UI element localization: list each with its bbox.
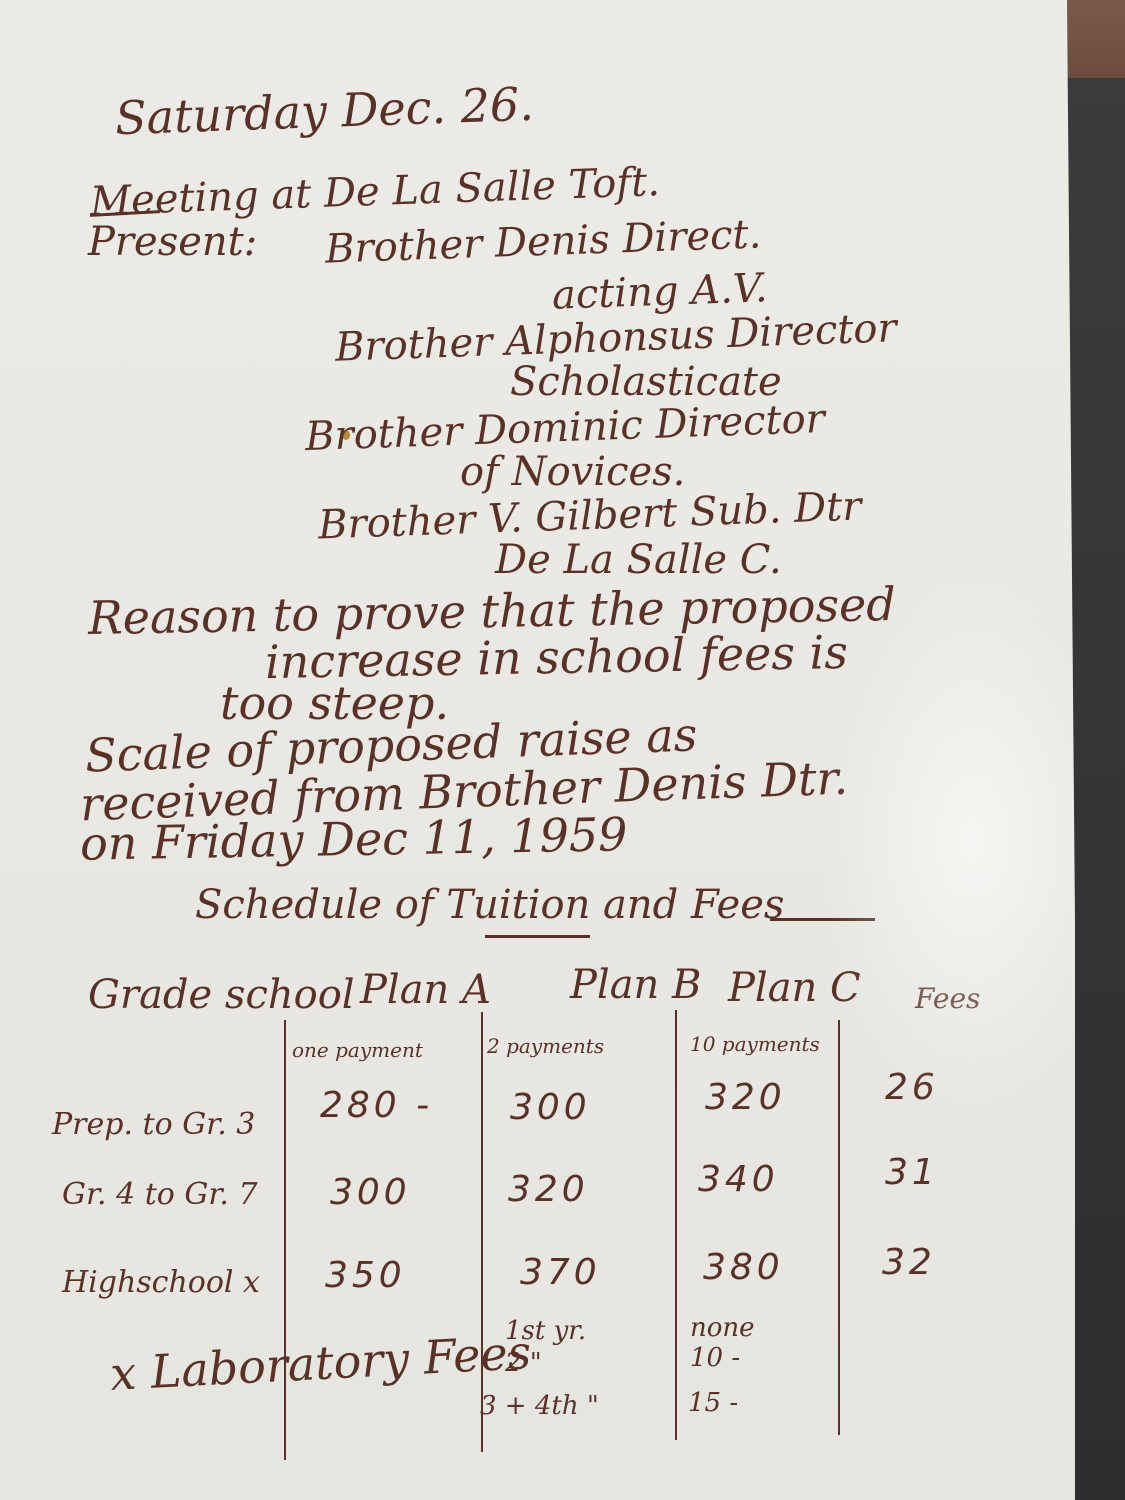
column-divider-1 (284, 1020, 286, 1460)
header-plan-b: Plan B (570, 965, 701, 1005)
meeting-line: Meeting at De La Salle Toft. (89, 162, 660, 222)
row-2-plan-a: 300 (330, 1175, 411, 1211)
column-divider-4 (838, 1020, 840, 1435)
row-1-plan-a: 280 - (320, 1088, 433, 1124)
tuition-underline (485, 935, 590, 938)
header-grade-school: Grade school (88, 975, 355, 1015)
lab-amount-1: none (690, 1315, 755, 1341)
row-2-plan-c: 340 (698, 1162, 779, 1198)
header-plan-c: Plan C (728, 968, 861, 1008)
light-glare (820, 560, 1075, 1120)
attendee-role-3: of Novices. (460, 452, 685, 492)
subheader-plan-b: 2 payments (487, 1036, 604, 1056)
attendee-role-4: De La Salle C. (495, 540, 782, 580)
lab-amount-2: 10 - (690, 1345, 740, 1371)
lab-year-3: 3 + 4th " (480, 1393, 599, 1419)
attendee-name-1: Brother Denis Direct. (324, 214, 761, 269)
row-1-plan-b: 300 (510, 1090, 591, 1126)
fees-underline (770, 918, 875, 921)
row-1-grade: Prep. to Gr. 3 (52, 1110, 255, 1140)
schedule-title: Schedule of Tuition and Fees (195, 885, 784, 925)
column-divider-2 (481, 1012, 483, 1452)
date-heading: Saturday Dec. 26. (114, 81, 534, 142)
column-divider-3 (675, 1010, 677, 1440)
row-3-plan-c: 380 (703, 1250, 784, 1286)
attendee-role-1: acting A.V. (551, 268, 768, 315)
row-3-plan-b: 370 (520, 1255, 601, 1291)
subheader-plan-a: one payment (292, 1040, 423, 1060)
row-1-plan-c: 320 (705, 1080, 786, 1116)
row-2-plan-b: 320 (508, 1172, 589, 1208)
present-label: Present: (88, 222, 257, 262)
row-2-grade: Gr. 4 to Gr. 7 (62, 1180, 258, 1210)
lab-year-2: 2 " (505, 1350, 542, 1376)
subheader-plan-c: 10 payments (690, 1034, 820, 1054)
lab-fees-label: x Laboratory Fees (109, 1329, 532, 1397)
row-3-fees: 32 (882, 1245, 936, 1281)
row-1-fees: 26 (885, 1070, 939, 1106)
header-plan-a: Plan A (360, 970, 491, 1010)
handwritten-page: Saturday Dec. 26. Meeting at De La Salle… (0, 0, 1075, 1500)
header-fees: Fees (915, 985, 980, 1013)
row-3-plan-a: 350 (325, 1258, 406, 1294)
row-3-grade: Highschool x (62, 1268, 260, 1298)
lab-year-1: 1st yr. (505, 1318, 586, 1344)
lab-amount-3: 15 - (688, 1390, 738, 1416)
scale-line-3: on Friday Dec 11, 1959 (80, 811, 628, 867)
row-2-fees: 31 (885, 1155, 939, 1191)
attendee-role-2: Scholasticate (510, 362, 782, 402)
